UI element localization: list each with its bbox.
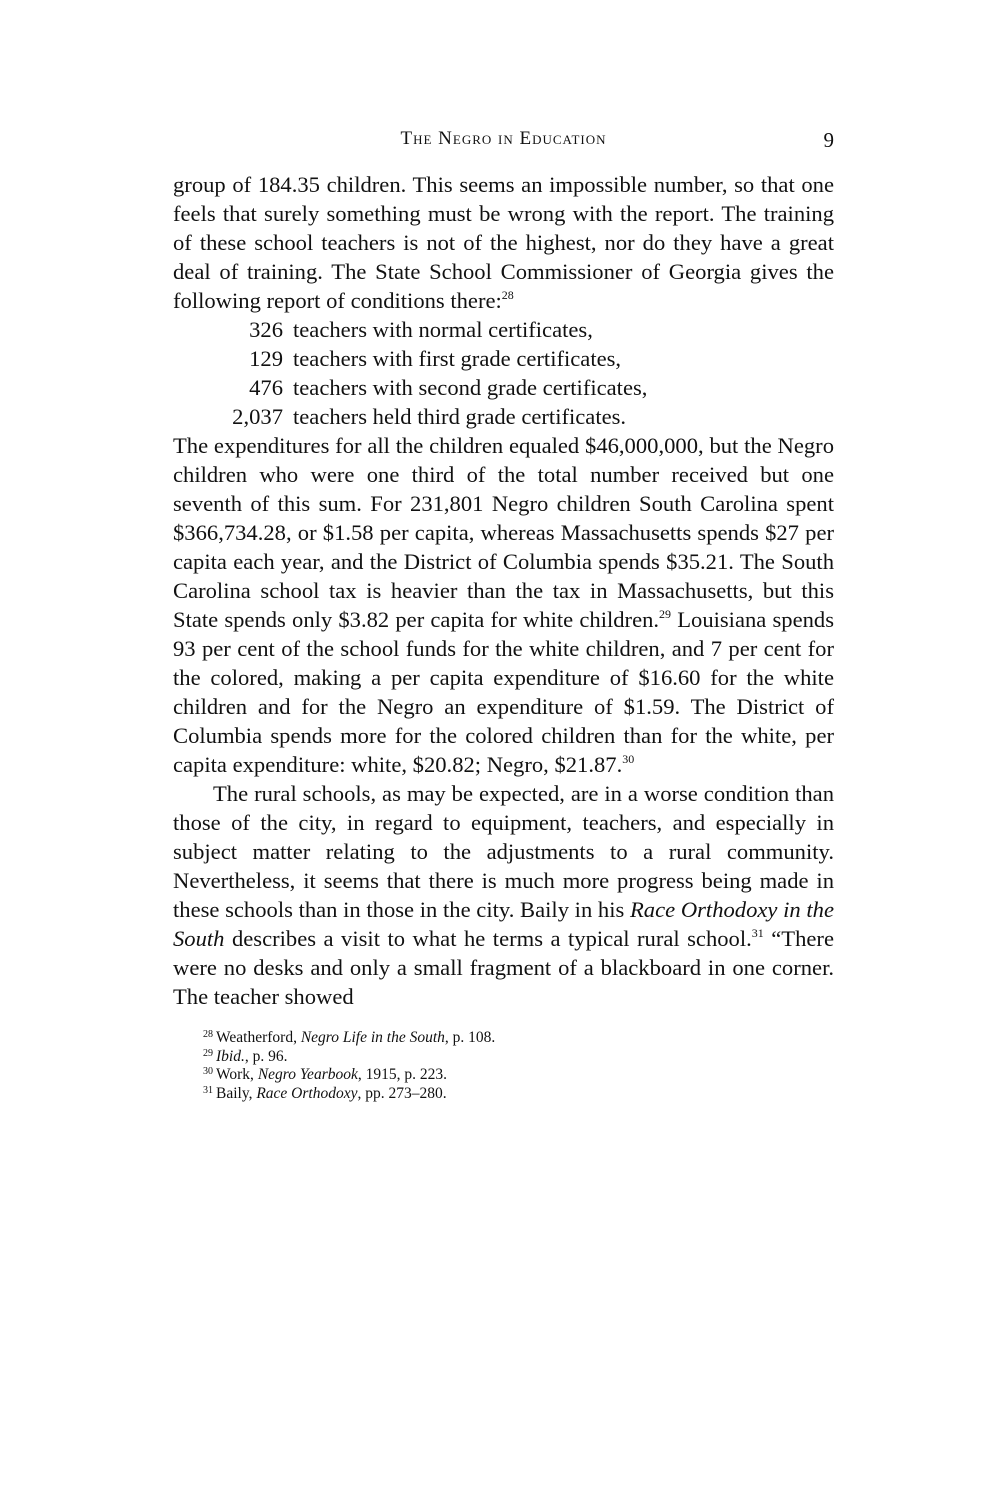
paragraph-1: group of 184.35 children. This seems an … bbox=[173, 170, 834, 315]
footnote-ref-31: 31 bbox=[752, 926, 764, 940]
running-title: The Negro in Education bbox=[173, 128, 834, 150]
page-number: 9 bbox=[824, 128, 835, 153]
certificate-list: 326teachers with normal certificates, 12… bbox=[173, 315, 834, 431]
footnote-31: 31Baily, Race Orthodoxy, pp. 273–280. bbox=[203, 1085, 834, 1104]
list-item: 129teachers with first grade certificate… bbox=[173, 344, 834, 373]
footnote-ref-30: 30 bbox=[622, 752, 634, 766]
footnote-30: 30Work, Negro Yearbook, 1915, p. 223. bbox=[203, 1066, 834, 1085]
running-head: The Negro in Education 9 bbox=[173, 120, 834, 156]
body-text: group of 184.35 children. This seems an … bbox=[173, 170, 834, 1011]
footnotes: 28Weatherford, Negro Life in the South, … bbox=[173, 1029, 834, 1103]
list-item: 326teachers with normal certificates, bbox=[173, 315, 834, 344]
footnote-29: 29Ibid., p. 96. bbox=[203, 1048, 834, 1067]
footnote-28: 28Weatherford, Negro Life in the South, … bbox=[203, 1029, 834, 1048]
book-page: The Negro in Education 9 group of 184.35… bbox=[173, 120, 834, 1103]
paragraph-3: The rural schools, as may be expected, a… bbox=[173, 779, 834, 1011]
paragraph-2: The expenditures for all the children eq… bbox=[173, 431, 834, 779]
footnote-ref-28: 28 bbox=[502, 288, 514, 302]
list-item: 476teachers with second grade certificat… bbox=[173, 373, 834, 402]
footnote-ref-29: 29 bbox=[659, 607, 671, 621]
list-item: 2,037teachers held third grade certifica… bbox=[173, 402, 834, 431]
